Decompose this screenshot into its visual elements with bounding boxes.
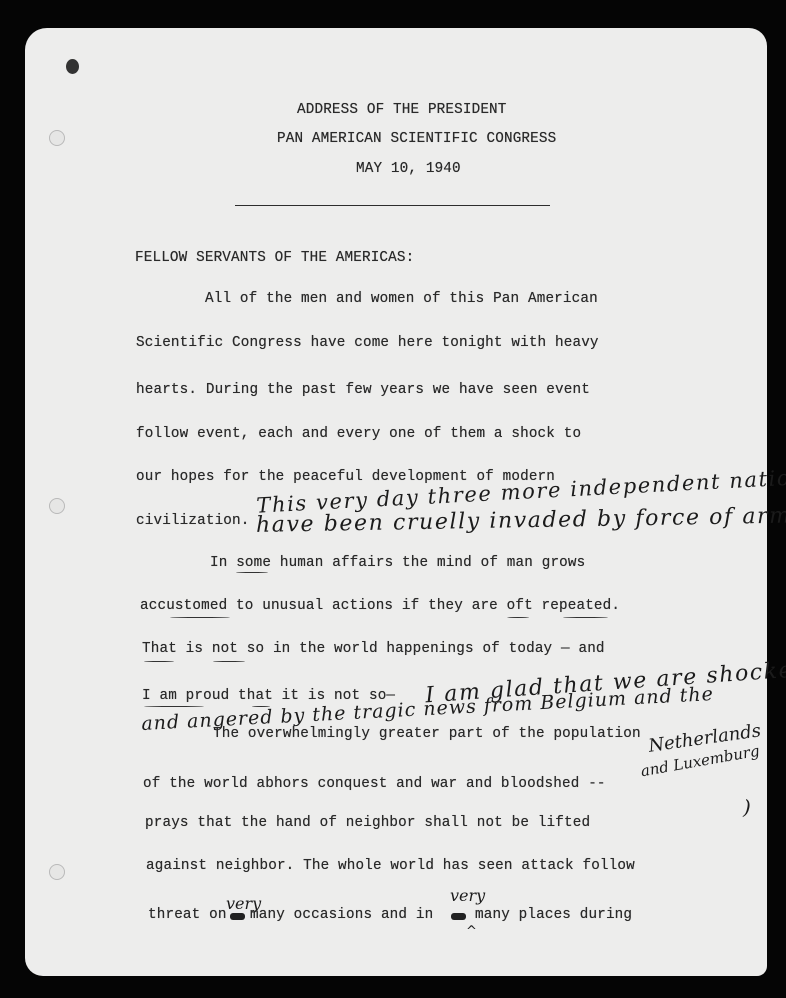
handwritten-very-2: very [450,886,485,905]
underline-i-am-proud [144,706,204,707]
binder-hole-middle [49,498,65,514]
typed-line: follow event, each and every one of them… [136,426,581,442]
binder-hole-top [49,130,65,146]
heading-divider [235,205,550,206]
typed-line: civilization. [136,513,249,529]
underline-accustomed [170,617,230,618]
typed-line: accustomed to unusual actions if they ar… [140,598,620,614]
typed-line: hearts. During the past few years we hav… [136,382,590,398]
typed-line: threat on [148,907,227,923]
typed-line: That is not so in the world happenings o… [142,641,605,657]
binder-hole-bottom [49,864,65,880]
heading-event: PAN AMERICAN SCIENTIFIC CONGRESS [277,131,556,147]
typed-line: many places during [475,907,632,923]
strikeout-blot [230,913,245,920]
heading-date: MAY 10, 1940 [356,161,461,177]
typed-line: In some human affairs the mind of man gr… [210,555,585,571]
underline-repeated [563,617,608,618]
typed-line: many occasions and in [250,907,433,923]
typed-line: against neighbor. The whole world has se… [146,858,635,874]
underline-some [236,572,268,573]
typed-line: The overwhelmingly greater part of the p… [213,726,641,742]
strikeout-blot [451,913,466,920]
typed-line: prays that the hand of neighbor shall no… [145,815,590,831]
underline-that [144,661,174,662]
punch-hole-filled [66,59,79,74]
typed-line: of the world abhors conquest and war and… [143,776,606,792]
heading-title: ADDRESS OF THE PRESIDENT [297,102,507,118]
typed-line: Scientific Congress have come here tonig… [136,335,599,351]
handwritten-bracket: ) [743,795,752,819]
underline-oft [507,617,529,618]
insertion-caret: ^ [466,924,477,939]
salutation: FELLOW SERVANTS OF THE AMERICAS: [135,250,414,266]
typed-line: All of the men and women of this Pan Ame… [205,291,598,307]
underline-not [213,661,245,662]
